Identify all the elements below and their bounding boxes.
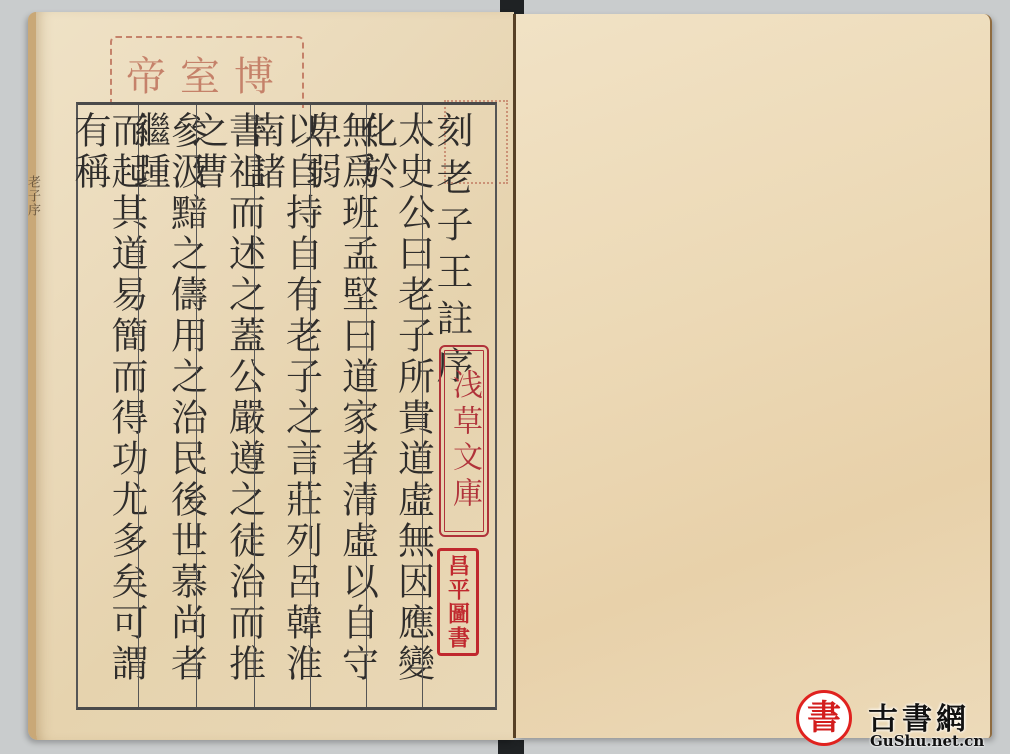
block-margin-title: 老子序 [28,175,42,217]
gushu-logo-icon: 書 [796,690,852,746]
watermark: 書 古書網 GuShu.net.cn [790,688,1010,754]
right-page-blank [516,14,992,738]
book-spine-bottom [498,740,524,754]
asakusa-library-seal: 浅草文庫 [439,345,489,537]
text-column-7: 而起其道易簡而得功尤多矣可謂有稱 [78,105,138,707]
text-column-2: 太史公曰老子所貴道虛無因應變化於 [366,105,422,707]
text-frame: 而起其道易簡而得功尤多矣可謂有稱 參汲黯之儔用之治民後世慕尚者繼踵 書祖而述之蓋… [76,102,497,710]
top-seal-stamp: 帝室博 [110,36,304,108]
shoheizaka-library-seal: 昌平圖書 [437,548,479,656]
watermark-url: GuShu.net.cn [870,732,984,750]
left-page: 帝室博 而起其道易簡而得功尤多矣可謂有稱 參汲黯之儔用之治民後世慕尚者繼踵 書祖… [28,12,514,740]
text-column-6: 參汲黯之儔用之治民後世慕尚者繼踵 [138,105,196,707]
